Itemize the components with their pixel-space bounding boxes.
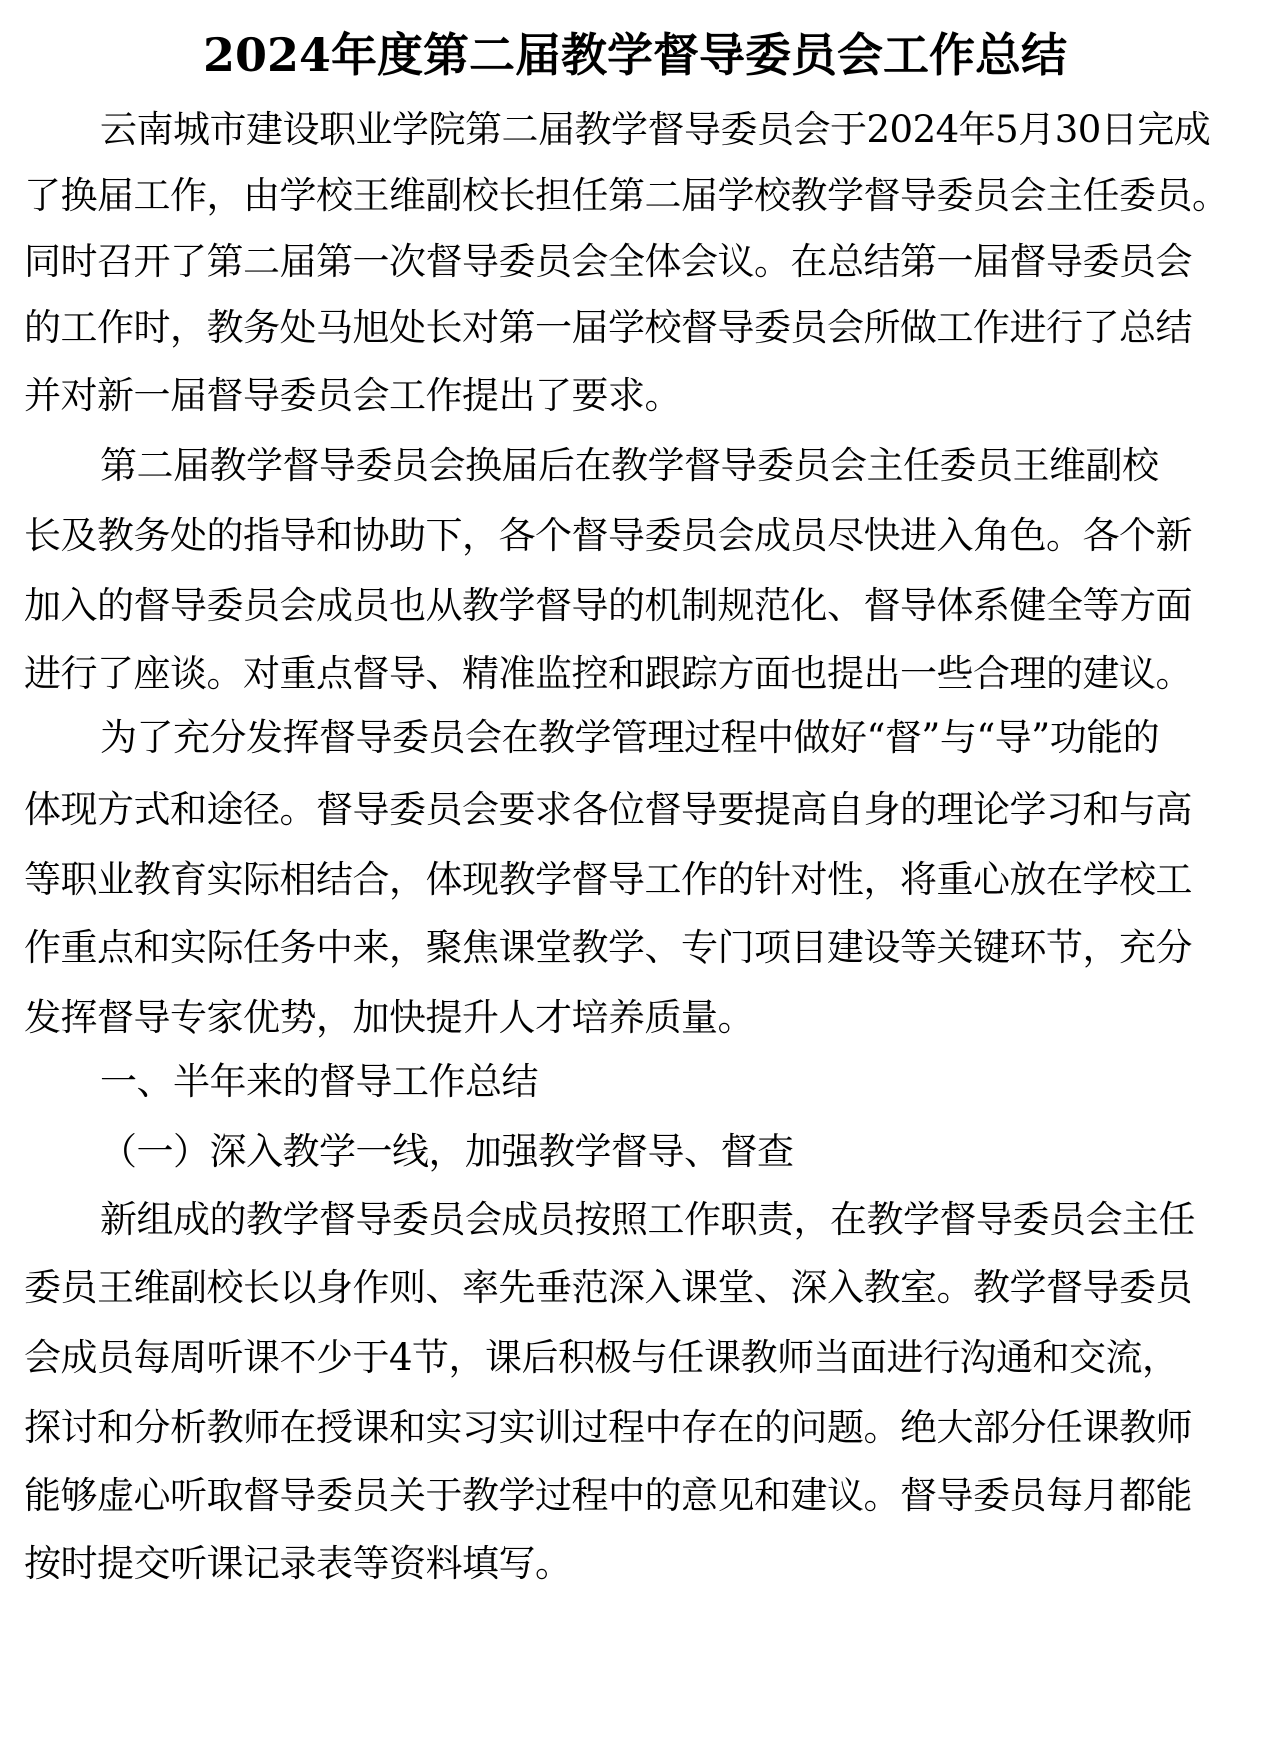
paragraph-2-line-3: 加入的督导委员会成员也从教学督导的机制规范化、督导体系健全等方面 — [24, 576, 1192, 636]
paragraph-4-line-4: 探讨和分析教师在授课和实习实训过程中存在的问题。绝大部分任课教师 — [24, 1398, 1192, 1458]
paragraph-3-line-1: 为了充分发挥督导委员会在教学管理过程中做好“督”与“导”功能的 — [100, 708, 1159, 768]
paragraph-2-line-4: 进行了座谈。对重点督导、精准监控和跟踪方面也提出一些合理的建议。 — [24, 644, 1192, 704]
document-page: 2024年度第二届教学督导委员会工作总结 云南城市建设职业学院第二届教学督导委员… — [0, 0, 1270, 1760]
paragraph-1-line-5: 并对新一届督导委员会工作提出了要求。 — [24, 366, 681, 426]
paragraph-4-line-3: 会成员每周听课不少于4节，课后积极与任课教师当面进行沟通和交流， — [24, 1328, 1179, 1388]
paragraph-3-line-4: 作重点和实际任务中来，聚焦课堂教学、专门项目建设等关键环节，充分 — [24, 918, 1192, 978]
paragraph-1-line-1: 云南城市建设职业学院第二届教学督导委员会于2024年5月30日完成 — [100, 100, 1210, 160]
paragraph-3-line-5: 发挥督导专家优势，加快提升人才培养质量。 — [24, 988, 754, 1048]
paragraph-2-line-2: 长及教务处的指导和协助下，各个督导委员会成员尽快进入角色。各个新 — [24, 506, 1192, 566]
paragraph-1-line-4: 的工作时，教务处马旭处长对第一届学校督导委员会所做工作进行了总结 — [24, 298, 1192, 358]
paragraph-1-line-3: 同时召开了第二届第一次督导委员会全体会议。在总结第一届督导委员会 — [24, 232, 1192, 292]
subsection-heading-1: （一）深入教学一线，加强教学督导、督查 — [100, 1122, 794, 1182]
paragraph-4-line-6: 按时提交听课记录表等资料填写。 — [24, 1534, 572, 1594]
paragraph-3-line-2: 体现方式和途径。督导委员会要求各位督导要提高自身的理论学习和与高 — [24, 780, 1192, 840]
paragraph-3-line-3: 等职业教育实际相结合，体现教学督导工作的针对性，将重心放在学校工 — [24, 850, 1192, 910]
document-title: 2024年度第二届教学督导委员会工作总结 — [0, 20, 1270, 90]
paragraph-4-line-2: 委员王维副校长以身作则、率先垂范深入课堂、深入教室。教学督导委员 — [24, 1258, 1192, 1318]
section-heading-1: 一、半年来的督导工作总结 — [100, 1052, 538, 1112]
paragraph-4-line-1: 新组成的教学督导委员会成员按照工作职责，在教学督导委员会主任 — [100, 1190, 1195, 1250]
paragraph-1-line-2: 了换届工作，由学校王维副校长担任第二届学校教学督导委员会主任委员。 — [24, 166, 1229, 226]
paragraph-4-line-5: 能够虚心听取督导委员关于教学过程中的意见和建议。督导委员每月都能 — [24, 1466, 1192, 1526]
paragraph-2-line-1: 第二届教学督导委员会换届后在教学督导委员会主任委员王维副校 — [100, 436, 1159, 496]
